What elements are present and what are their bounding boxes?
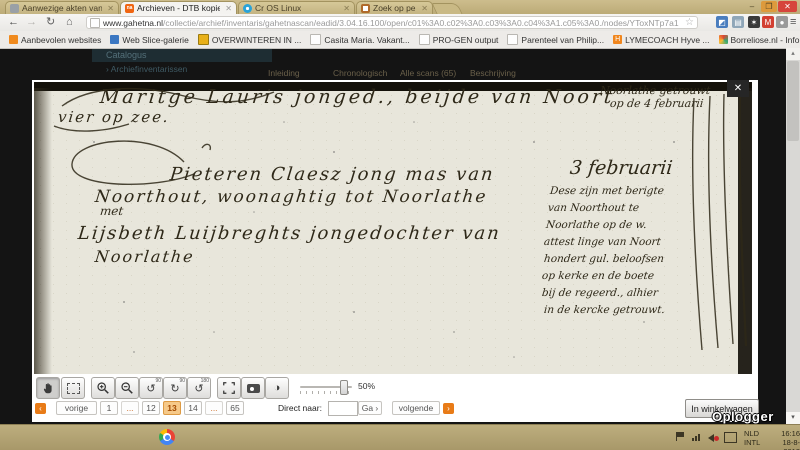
zoom-in-button[interactable] bbox=[91, 377, 115, 399]
tab-close-icon[interactable]: ✕ bbox=[419, 4, 428, 13]
tab-label: Cr OS Linux bbox=[255, 3, 338, 13]
page-icon bbox=[310, 34, 321, 45]
close-window-button[interactable]: ✕ bbox=[778, 1, 797, 12]
device-monitor-icon[interactable] bbox=[724, 432, 737, 443]
page-icon bbox=[90, 18, 100, 28]
margin-note-line: Noorlathe op de w. bbox=[544, 219, 647, 231]
handwriting-layer: Maritge Lauris jonged., beijde van Noort… bbox=[34, 82, 752, 374]
previous-page-button[interactable]: vorige bbox=[56, 401, 97, 415]
fit-screen-icon bbox=[222, 381, 236, 395]
select-region-button[interactable] bbox=[61, 377, 85, 399]
rotate-degrees-label: 90 bbox=[155, 378, 161, 384]
book-gutter-shadow bbox=[34, 88, 52, 374]
bookmarks-bar: Aanbevolen websites Web Slice-galerie OV… bbox=[0, 31, 800, 49]
bookmark-item[interactable]: Parenteel van Philip... bbox=[507, 34, 604, 45]
oplogger-watermark: Oplogger bbox=[712, 409, 774, 424]
handwriting-line: met bbox=[99, 204, 124, 218]
bg-tab-beschrijving: Beschrijving bbox=[470, 68, 516, 78]
tab-label: Zoek op personen bbox=[373, 3, 416, 13]
margin-note-line: in de kercke getrouwt. bbox=[543, 304, 665, 316]
action-center-flag-icon[interactable] bbox=[676, 432, 684, 441]
handwriting-line: Noorthout, woonaghtig tot Noorlathe bbox=[93, 187, 489, 207]
chrome-icon bbox=[159, 429, 175, 445]
bookmark-item[interactable]: Borreliose.nl - Infor... bbox=[719, 35, 800, 45]
bookmark-item[interactable]: Casita Maria. Vakant... bbox=[310, 34, 409, 45]
zoom-out-button[interactable] bbox=[115, 377, 139, 399]
margin-note-line: op kerke en de boete bbox=[541, 270, 654, 282]
close-lightbox-button[interactable]: ✕ bbox=[727, 80, 749, 97]
language-indicator[interactable]: NLD INTL bbox=[744, 429, 760, 447]
rotate-degrees-label: 90 bbox=[179, 378, 185, 384]
last-page-button[interactable]: › bbox=[443, 403, 454, 414]
tab-cr-os-linux[interactable]: Cr OS Linux ✕ bbox=[238, 1, 355, 14]
chevron-icon: › bbox=[106, 64, 109, 74]
tab-close-icon[interactable]: ✕ bbox=[223, 4, 232, 13]
scrollbar-thumb[interactable] bbox=[787, 61, 799, 141]
marquee-icon bbox=[67, 383, 80, 394]
bookmark-item[interactable]: Aanbevolen websites bbox=[9, 35, 101, 45]
sidebar-item-archiefinventarissen: › Archiefinventarissen bbox=[106, 64, 187, 74]
page-icon bbox=[507, 34, 518, 45]
tab3-favicon bbox=[243, 4, 252, 13]
bookmark-star-icon[interactable]: ☆ bbox=[685, 17, 694, 28]
page-button[interactable]: 12 bbox=[142, 401, 160, 415]
tab-close-icon[interactable]: ✕ bbox=[341, 4, 350, 13]
bg-tab-chronologisch: Chronologisch bbox=[333, 68, 387, 78]
margin-note-line: Dese zijn met berigte bbox=[548, 185, 664, 197]
margin-note-line: bij de regeerd., alhier bbox=[541, 287, 659, 299]
image-view-button[interactable] bbox=[241, 377, 265, 399]
zoom-out-icon bbox=[120, 381, 134, 395]
chrome-menu-icon[interactable]: ≡ bbox=[790, 15, 796, 29]
zoom-level-label: 50% bbox=[358, 381, 375, 391]
address-bar[interactable]: www.gahetna.nl /collectie/archief/invent… bbox=[86, 16, 698, 29]
tray-date: 18-8-2013 bbox=[766, 438, 800, 450]
margin-note-line: hondert gul. beloofsen bbox=[543, 253, 664, 265]
handwriting-date: 3 februarii bbox=[569, 157, 674, 179]
next-page-button[interactable]: volgende bbox=[392, 401, 440, 415]
bookmark-item[interactable]: Web Slice-galerie bbox=[110, 35, 188, 45]
handwriting-line: Maritge Lauris jonged., beijde van Noort bbox=[98, 86, 616, 108]
tab-aanwezige-akten[interactable]: Aanwezige akten van Nou ✕ bbox=[5, 1, 119, 14]
handwriting-line: Noorlathe getrouwt bbox=[598, 84, 711, 97]
handwriting-line: vier op zee. bbox=[57, 108, 171, 126]
url-host: www.gahetna.nl bbox=[103, 18, 163, 28]
bookmark-favicon bbox=[719, 35, 728, 44]
bookmark-favicon bbox=[198, 34, 209, 45]
page-button[interactable]: 65 bbox=[226, 401, 244, 415]
rotate-right-button[interactable]: ↻ 90 bbox=[163, 377, 187, 399]
extension-adblock-icon[interactable]: ✶ bbox=[748, 16, 760, 28]
rotate-degrees-label: 180 bbox=[201, 378, 209, 384]
rotate-left-icon: ↺ bbox=[146, 382, 155, 395]
volume-muted-icon[interactable] bbox=[708, 432, 719, 441]
handwriting-line: Pieteren Claesz jong mas van bbox=[168, 164, 496, 185]
manuscript-scan-image[interactable]: Maritge Lauris jonged., beijde van Noort… bbox=[34, 82, 752, 374]
tab4-favicon bbox=[361, 4, 370, 13]
tab-archieven-active[interactable]: na Archieven - DTB kopie Zu ✕ bbox=[120, 1, 237, 14]
clock[interactable]: 16:16 18-8-2013 bbox=[766, 429, 800, 450]
zoom-in-icon bbox=[96, 381, 110, 395]
tray-time: 16:16 bbox=[766, 429, 800, 438]
viewer-toolbar: ↺ 90 ↻ 90 ↺ 180 ◑ 50% bbox=[34, 374, 752, 400]
back-icon[interactable]: ← bbox=[8, 15, 19, 29]
direct-naar-label: Direct naar: bbox=[278, 403, 322, 413]
current-page-button[interactable]: 13 bbox=[163, 401, 181, 415]
nationaal-archief-favicon: na bbox=[125, 4, 134, 13]
scrollbar-down-arrow[interactable]: ▾ bbox=[786, 412, 800, 424]
margin-note-line: attest linge van Noort bbox=[543, 236, 662, 248]
webslice-icon bbox=[110, 35, 119, 44]
page-ellipsis[interactable]: ... bbox=[121, 401, 139, 415]
bg-tab-inleiding: Inleiding bbox=[268, 68, 300, 78]
contrast-icon: ◑ bbox=[274, 382, 281, 394]
handwriting-line: Noorlathe bbox=[93, 247, 196, 266]
go-button[interactable]: Ga › bbox=[358, 401, 382, 415]
page-button[interactable]: 1 bbox=[100, 401, 118, 415]
url-path: /collectie/archief/inventaris/gahetnasca… bbox=[163, 18, 685, 28]
hyves-icon: H bbox=[613, 35, 622, 44]
tab1-favicon bbox=[10, 4, 19, 13]
margin-note-line: van Noorthout te bbox=[547, 202, 639, 214]
first-page-button[interactable]: ‹ bbox=[35, 403, 46, 414]
chrome-button[interactable] bbox=[158, 427, 176, 447]
tab-zoek-op-personen[interactable]: Zoek op personen ✕ bbox=[356, 1, 433, 14]
page-ellipsis[interactable]: ... bbox=[205, 401, 223, 415]
zoom-slider-handle[interactable] bbox=[340, 380, 348, 395]
fit-to-screen-button[interactable] bbox=[217, 377, 241, 399]
hand-icon bbox=[41, 381, 55, 395]
ie-favorites-icon bbox=[9, 35, 18, 44]
extension-printer-icon[interactable]: ▤ bbox=[732, 16, 744, 28]
extension-people-icon[interactable]: ◩ bbox=[716, 16, 728, 28]
bookmark-item[interactable]: OVERWINTEREN IN ... bbox=[198, 34, 302, 45]
extension-misc-icon[interactable]: ● bbox=[776, 16, 788, 28]
tab-close-icon[interactable]: ✕ bbox=[105, 4, 114, 13]
bookmark-item[interactable]: HLYMECOACH Hyve ... bbox=[613, 35, 709, 45]
page-button[interactable]: 14 bbox=[184, 401, 202, 415]
contrast-button[interactable]: ◑ bbox=[265, 377, 289, 399]
scrollbar-up-arrow[interactable]: ▴ bbox=[786, 48, 800, 60]
tab-label: Archieven - DTB kopie Zu bbox=[137, 3, 220, 13]
home-icon[interactable]: ⌂ bbox=[66, 15, 73, 29]
rotate-right-icon: ↻ bbox=[170, 382, 179, 395]
maximize-button[interactable]: ❐ bbox=[761, 1, 777, 12]
pan-tool-button[interactable] bbox=[36, 377, 60, 399]
minimize-button[interactable]: – bbox=[744, 1, 760, 12]
extension-mail-icon[interactable]: M bbox=[762, 16, 774, 28]
tab-label: Aanwezige akten van Nou bbox=[22, 3, 102, 13]
rotate-left-button[interactable]: ↺ 90 bbox=[139, 377, 163, 399]
handwriting-line: op de 4 februarii bbox=[609, 97, 704, 110]
network-signal-icon[interactable] bbox=[692, 433, 702, 441]
image-icon bbox=[247, 384, 260, 393]
handwriting-line: Lijsbeth Luijbreghts jongedochter van bbox=[76, 223, 502, 244]
sidebar-item-catalogus: Catalogus bbox=[92, 49, 272, 62]
bg-tab-alle-scans: Alle scans (65) bbox=[400, 68, 456, 78]
forward-icon[interactable]: → bbox=[26, 15, 37, 29]
pagination-bar: ‹ vorige 1 ... 12 13 14 ... 65 Direct na… bbox=[34, 400, 752, 422]
direct-naar-input[interactable] bbox=[328, 401, 358, 416]
reload-icon[interactable]: ↻ bbox=[46, 15, 55, 29]
bookmark-item[interactable]: PRO-GEN output bbox=[419, 34, 499, 45]
rotate-180-button[interactable]: ↺ 180 bbox=[187, 377, 211, 399]
page-icon bbox=[419, 34, 430, 45]
